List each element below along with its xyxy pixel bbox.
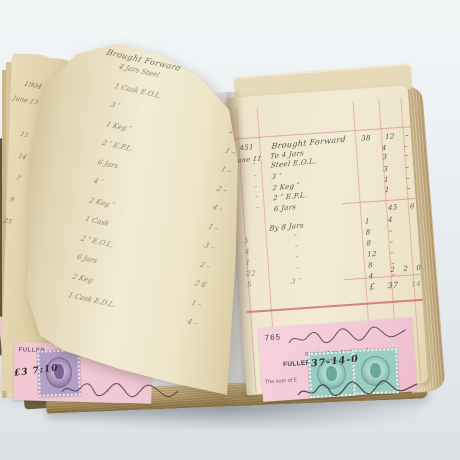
receipt-number: 765 [264, 332, 281, 342]
ditto-mark: ″ [254, 186, 257, 193]
ditto-mark: ″ [253, 163, 256, 170]
grand-total-currency: £ [370, 283, 375, 291]
red-rule-total [344, 274, 421, 280]
total-pence: 0 [416, 265, 421, 272]
credit-amt: – [390, 250, 394, 257]
figure: 25 [2, 217, 12, 225]
payee-signature-scrawl [284, 322, 409, 349]
credit-entry: ″ [294, 245, 297, 252]
entry-shillings: 3 [383, 166, 388, 173]
entry-shillings: 4 [382, 145, 387, 152]
turning-page: Brought Forward 4 Jars Steel4 – 1 Cask E… [25, 36, 240, 406]
red-rule-bottom [247, 299, 423, 313]
subtotal-shillings: 45 [388, 204, 397, 212]
credit-entry: ″ [294, 234, 297, 241]
credit-entry: 3 ″ [291, 278, 302, 286]
ditto-mark: ″ [256, 207, 259, 214]
credit-amt: 8 [367, 240, 372, 247]
figure: 7 [15, 175, 21, 182]
bf-shillings: 12 [385, 133, 394, 141]
credit-entry: By 8 Jars [269, 222, 304, 232]
credit-amt: 8 [368, 262, 373, 269]
credit-amt: – [389, 239, 393, 246]
ditto-mark: ″ [253, 175, 256, 182]
entry-pence: – [406, 175, 410, 182]
credit-amt: 1 [365, 218, 370, 225]
total-shillings: 2 [403, 266, 408, 273]
figure: 9 [9, 196, 15, 203]
credit-entry: ″ [296, 267, 299, 274]
brought-forward: Brought Forward [271, 136, 346, 151]
grand-total-frac: 14 [411, 281, 420, 289]
entry-shillings: 1 [385, 187, 390, 194]
ledger-photo-scene: 451 June 11 Brought Forward 38 12 – ″ ″ … [0, 0, 460, 460]
subtotal-pence: 6 [410, 203, 415, 210]
entry-shillings: 1 [384, 177, 389, 184]
total-pounds: 2 [390, 267, 395, 274]
credit-amt: 8 [366, 229, 371, 236]
turning-page-writing: Brought Forward 4 Jars Steel4 – 1 Cask E… [50, 49, 256, 341]
red-rule-subtotal [342, 198, 416, 204]
ledger-entry: 6 Jars [274, 204, 297, 213]
entry-pence: – [404, 143, 408, 150]
credit-amt: – [389, 228, 393, 235]
ledger-entry: 3 ″ [271, 173, 282, 181]
entry-pence: – [404, 152, 408, 159]
grand-total-main: 37 [388, 281, 399, 290]
ledger-entry: 2 ″ E.P.L. [273, 192, 308, 202]
bf-pounds: 38 [361, 135, 370, 143]
queen-profile-icon [370, 363, 381, 378]
entry-pence: – [407, 185, 411, 192]
credit-amt: 12 [367, 251, 376, 259]
ditto-mark: ″ [255, 196, 258, 203]
credit-entry: ″ [295, 256, 298, 263]
entry-shillings: 3 [383, 154, 388, 161]
bf-pence: – [405, 132, 409, 139]
turning-page-wrap: Brought Forward 4 Jars Steel4 – 1 Cask E… [25, 36, 240, 406]
ledger-entry: 2 Keg ″ [272, 183, 300, 193]
credit-amt: 4 [388, 217, 393, 224]
credit-amt: 4 [369, 273, 374, 280]
ledger-entry: Steel E.O.L. [270, 158, 316, 169]
entry-pence: – [405, 164, 409, 171]
sum-line: The sum of £ [265, 377, 297, 385]
